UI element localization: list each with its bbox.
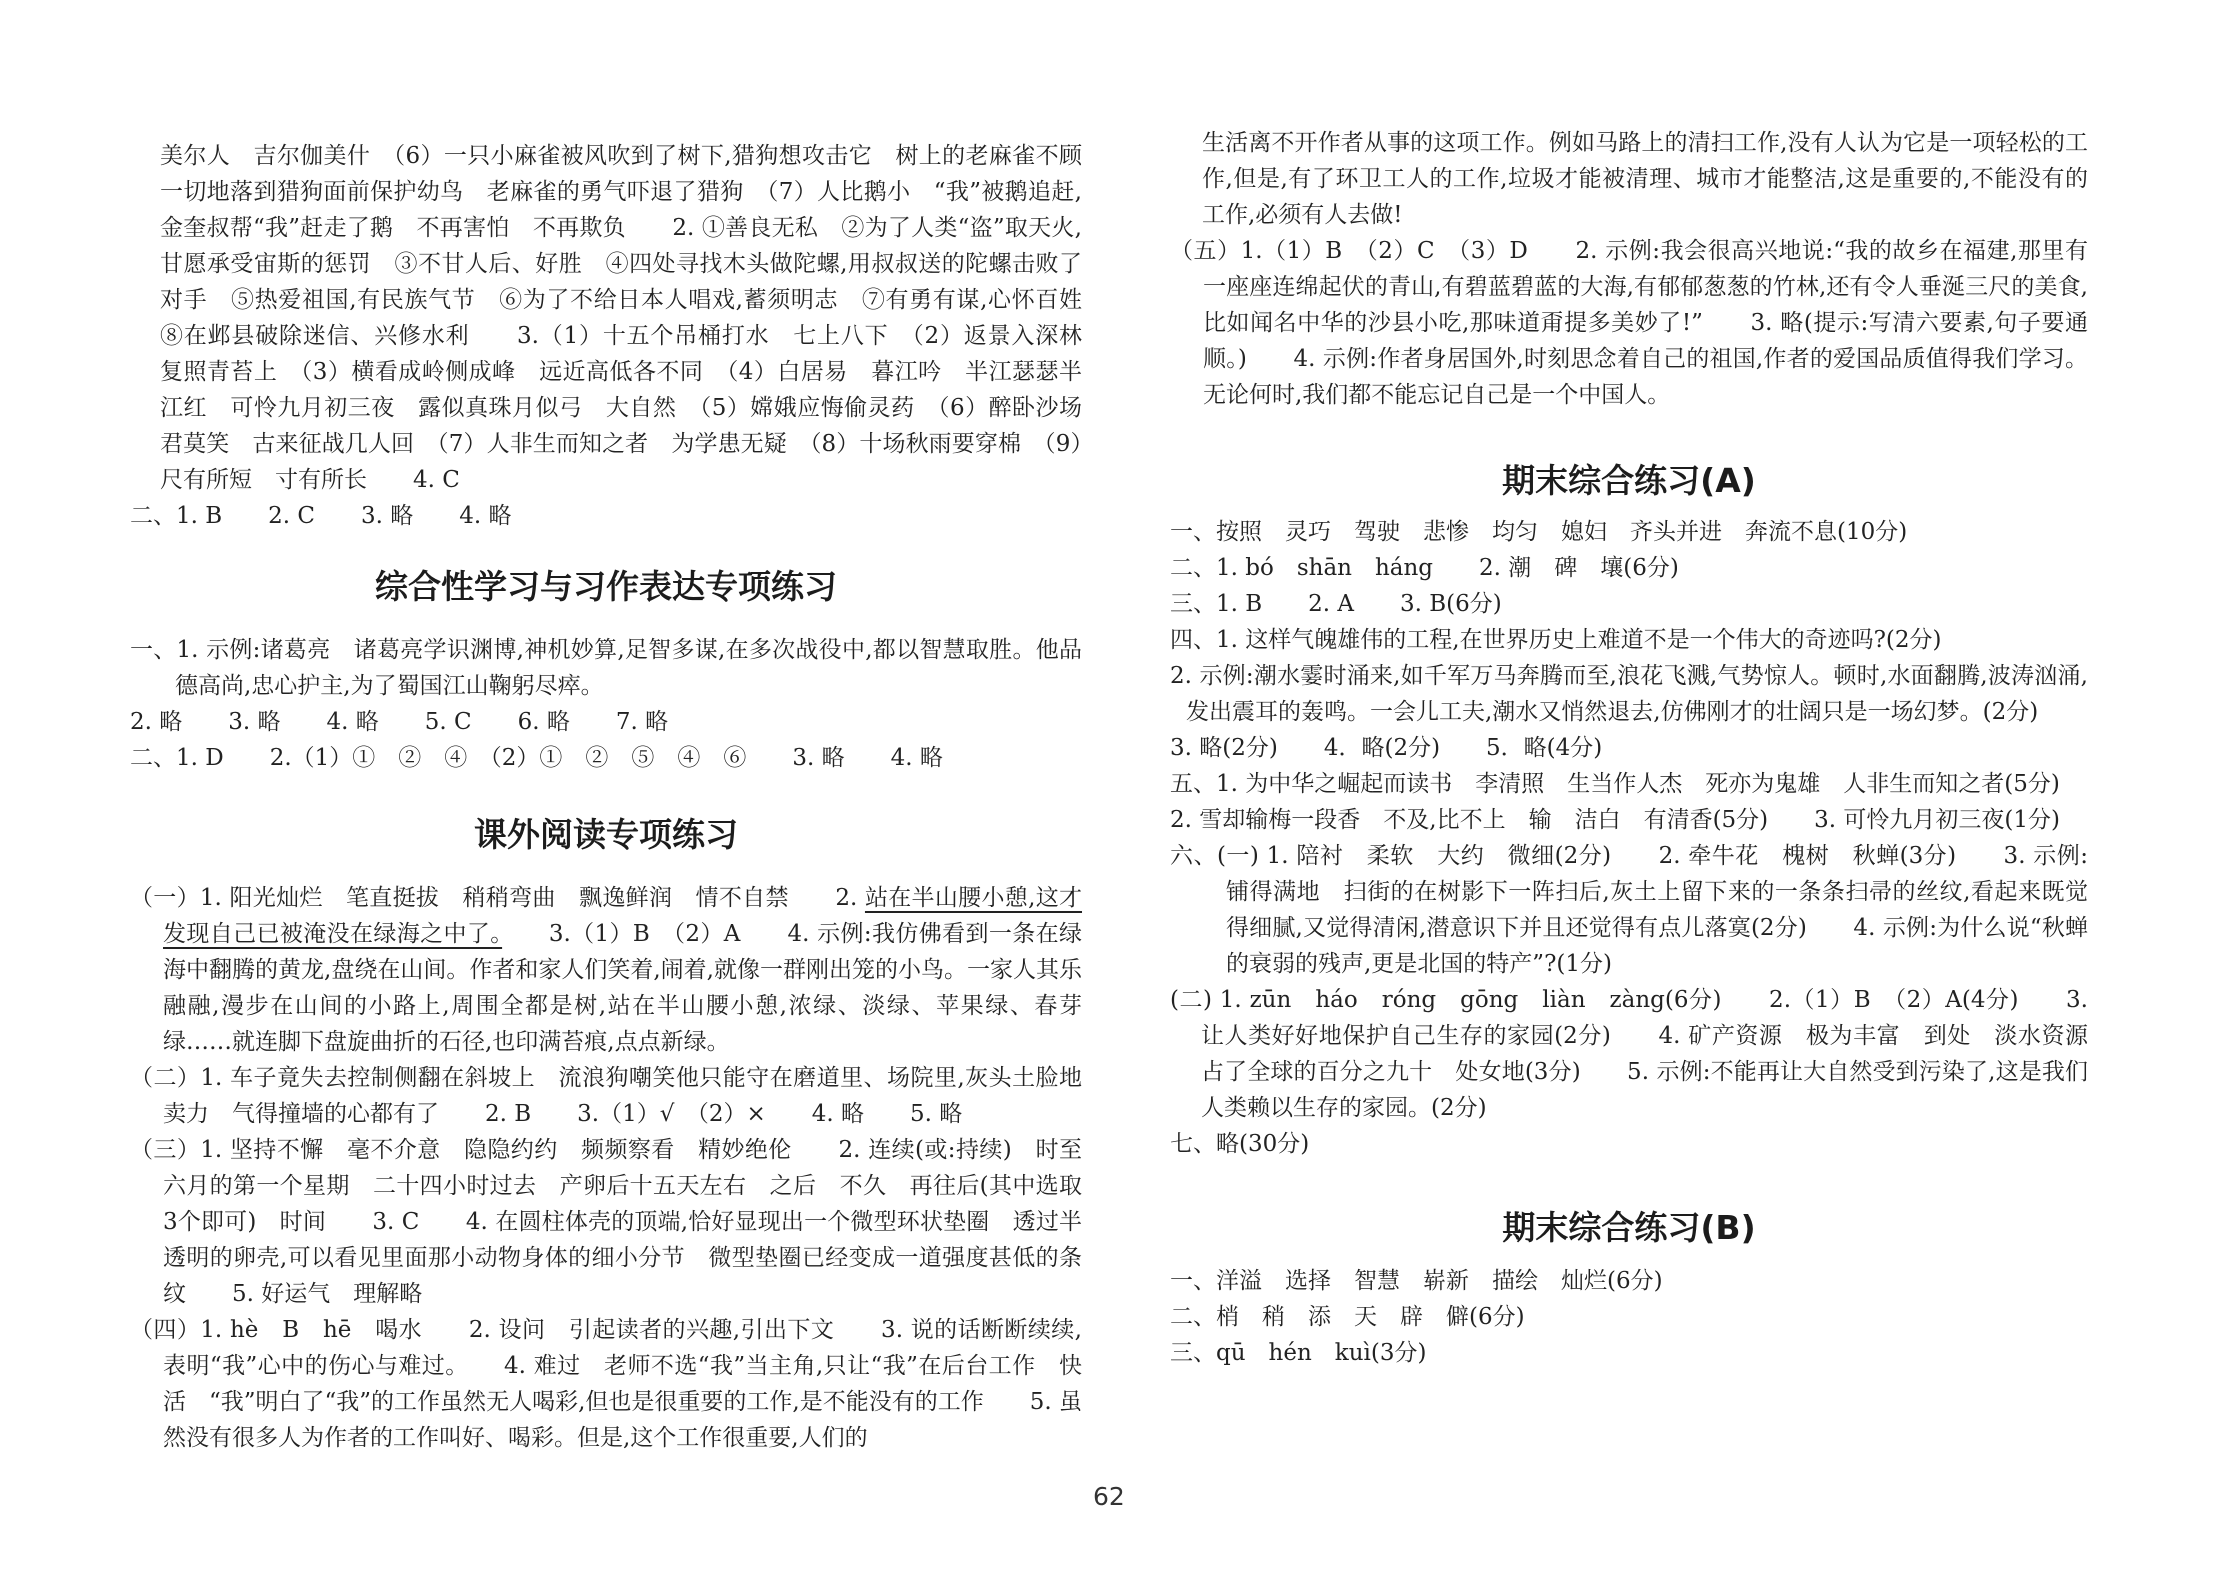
answer-item-reading-3: （三）1. 坚持不懈 毫不介意 隐隐约约 频频察看 精妙绝伦 2. 连续(或:持… bbox=[130, 1132, 1082, 1312]
answer-text: （一）1. 阳光灿烂 笔直挺拔 稍稍弯曲 飘逸鲜润 情不自禁 2. bbox=[130, 885, 865, 911]
section-heading-composite-practice: 综合性学习与习作表达专项练习 bbox=[130, 564, 1082, 610]
answer-subitem: 2. 示例:潮水霎时涌来,如千军万马奔腾而至,浪花飞溅,气势惊人。顿时,水面翻腾… bbox=[1170, 658, 2088, 730]
section-heading-reading-practice: 课外阅读专项练习 bbox=[130, 812, 1082, 858]
right-column: 生活离不开作者从事的这项工作。例如马路上的清扫工作,没有人认为它是一项轻松的工作… bbox=[1170, 125, 2088, 1371]
answer-subitem: 2. 雪却输梅一段香 不及,比不上 输 洁白 有清香(5分) 3. 可怜九月初三… bbox=[1170, 802, 2088, 838]
section-heading-final-exam-a: 期末综合练习(A) bbox=[1170, 458, 2088, 504]
answer-item: 六、(一) 1. 陪衬 柔软 大约 微细(2分) 2. 牵牛花 槐树 秋蝉(3分… bbox=[1170, 838, 2088, 982]
answer-item: 一、1. 示例:诸葛亮 诸葛亮学识渊博,神机妙算,足智多谋,在多次战役中,都以智… bbox=[130, 632, 1082, 704]
answer-item: 四、1. 这样气魄雄伟的工程,在世界历史上难道不是一个伟大的奇迹吗?(2分) bbox=[1170, 622, 2088, 658]
answer-item-reading-1: （一）1. 阳光灿烂 笔直挺拔 稍稍弯曲 飘逸鲜润 情不自禁 2. 站在半山腰小… bbox=[130, 880, 1082, 1060]
answer-item: 五、1. 为中华之崛起而读书 李清照 生当作人杰 死亦为鬼雄 人非生而知之者(5… bbox=[1170, 766, 2088, 802]
continuation-paragraph: 生活离不开作者从事的这项工作。例如马路上的清扫工作,没有人认为它是一项轻松的工作… bbox=[1170, 125, 2088, 233]
answer-item-reading-4: （四）1. hè B hē 喝水 2. 设问 引起读者的兴趣,引出下文 3. 说… bbox=[130, 1312, 1082, 1456]
answer-key-page: 美尔人 吉尔伽美什 （6）一只小麻雀被风吹到了树下,猎狗想攻击它 树上的老麻雀不… bbox=[0, 0, 2220, 1571]
answer-item-reading-2: （二）1. 车子竟失去控制侧翻在斜坡上 流浪狗嘲笑他只能守在磨道里、场院里,灰头… bbox=[130, 1060, 1082, 1132]
continuation-paragraph: 美尔人 吉尔伽美什 （6）一只小麻雀被风吹到了树下,猎狗想攻击它 树上的老麻雀不… bbox=[130, 138, 1082, 498]
answer-item: 二、1. bó shān háng 2. 潮 碑 壤(6分) bbox=[1170, 550, 2088, 586]
answer-item: 一、按照 灵巧 驾驶 悲惨 均匀 媳妇 齐头并进 奔流不息(10分) bbox=[1170, 514, 2088, 550]
answer-item: 三、qū hén kuì(3分) bbox=[1170, 1335, 2088, 1371]
answer-item: 二、梢 稍 添 天 辟 僻(6分) bbox=[1170, 1299, 2088, 1335]
answer-item: 一、洋溢 选择 智慧 崭新 描绘 灿烂(6分) bbox=[1170, 1263, 2088, 1299]
answer-item: 2. 略 3. 略 4. 略 5. C 6. 略 7. 略 bbox=[130, 704, 1082, 740]
left-column: 美尔人 吉尔伽美什 （6）一只小麻雀被风吹到了树下,猎狗想攻击它 树上的老麻雀不… bbox=[130, 138, 1082, 1456]
answer-item: 二、1. D 2.（1）① ② ④ （2）① ② ⑤ ④ ⑥ 3. 略 4. 略 bbox=[130, 740, 1082, 776]
answer-item: 三、1. B 2. A 3. B(6分) bbox=[1170, 586, 2088, 622]
page-number: 62 bbox=[1093, 1482, 1125, 1511]
answer-item-reading-5: （五）1.（1）B （2）C （3）D 2. 示例:我会很高兴地说:“我的故乡在… bbox=[1170, 233, 2088, 413]
answer-line-section-two: 二、1. B 2. C 3. 略 4. 略 bbox=[130, 498, 1082, 534]
answer-subitem: (二) 1. zūn háo róng gōng liàn zàng(6分) 2… bbox=[1170, 982, 2088, 1126]
section-heading-final-exam-b: 期末综合练习(B) bbox=[1170, 1205, 2088, 1251]
answer-subitem: 3. 略(2分) 4．略(2分) 5．略(4分) bbox=[1170, 730, 2088, 766]
answer-item: 七、略(30分) bbox=[1170, 1126, 2088, 1162]
